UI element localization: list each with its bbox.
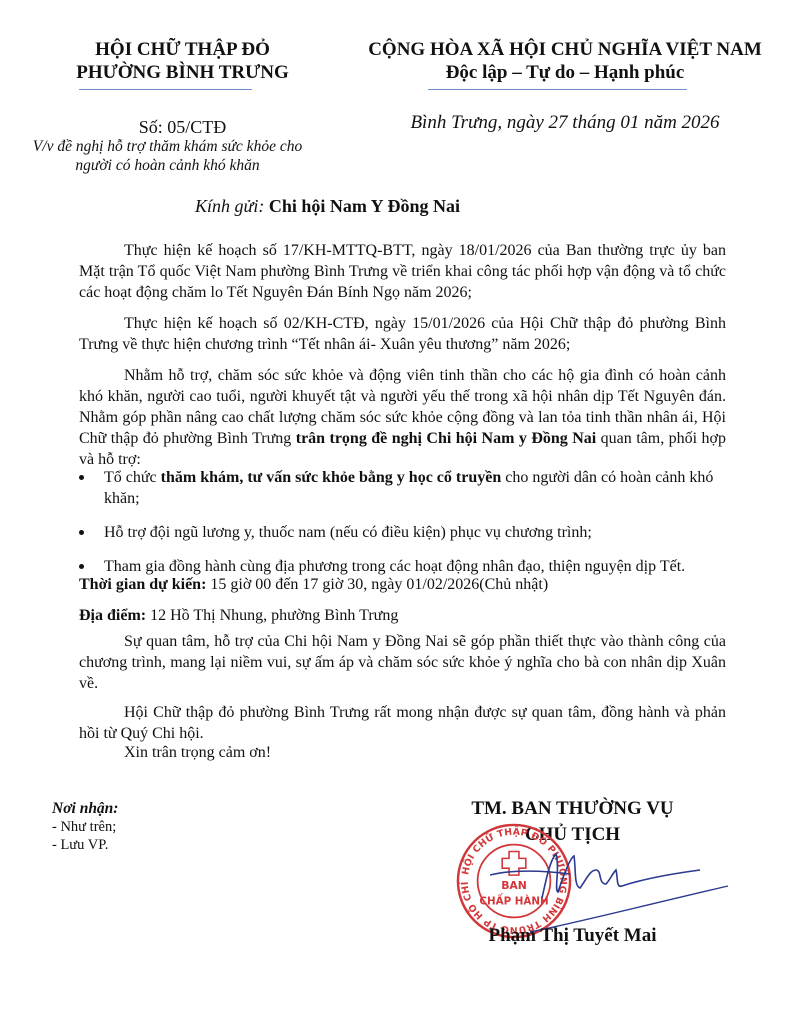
paragraph-hope: Hội Chữ thập đỏ phường Bình Trưng rất mo… — [79, 702, 726, 744]
location-label: Địa điểm: — [79, 607, 146, 624]
organization-line2: PHƯỜNG BÌNH TRƯNG — [30, 61, 335, 84]
document-number: Số: 05/CTĐ — [30, 117, 335, 138]
recipient-item: - Như trên; — [52, 818, 118, 836]
paragraph-purpose: Nhằm hỗ trợ, chăm sóc sức khỏe và động v… — [79, 365, 726, 470]
list-item: Hỗ trợ đội ngũ lương y, thuốc nam (nếu c… — [79, 522, 726, 543]
signer-name: Phạm Thị Tuyết Mai — [445, 925, 700, 947]
nation-motto: Độc lập – Tự do – Hạnh phúc — [340, 61, 790, 84]
addressee: Kính gửi: Chi hội Nam Y Đồng Nai — [195, 196, 460, 217]
place-date: Bình Trưng, ngày 27 tháng 01 năm 2026 — [340, 112, 790, 134]
addressee-name: Chi hội Nam Y Đồng Nai — [269, 196, 460, 216]
paragraph-plan-2: Thực hiện kế hoạch số 02/KH-CTĐ, ngày 15… — [79, 313, 726, 355]
paragraph-3-text: Nhằm hỗ trợ, chăm sóc sức khỏe và động v… — [79, 365, 726, 470]
location-line: Địa điểm: 12 Hồ Thị Nhung, phường Bình T… — [79, 605, 398, 626]
bullet-icon — [79, 564, 84, 569]
subject-line1: V/v đề nghị hỗ trợ thăm khám sức khỏe ch… — [0, 137, 335, 156]
bullet-1-before: Tổ chức — [104, 469, 161, 486]
location-value: 12 Hồ Thị Nhung, phường Bình Trưng — [146, 607, 398, 624]
recipient-item: - Lưu VP. — [52, 836, 118, 854]
paragraph-plan-1: Thực hiện kế hoạch số 17/KH-MTTQ-BTT, ng… — [79, 240, 726, 303]
addressee-label: Kính gửi: — [195, 196, 264, 216]
recipients-block: Nơi nhận: - Như trên; - Lưu VP. — [52, 800, 118, 854]
bullet-3-text: Tham gia đồng hành cùng địa phương trong… — [104, 558, 685, 575]
paragraph-4-text: Sự quan tâm, hỗ trợ của Chi hội Nam y Đồ… — [79, 631, 726, 694]
organization-name: HỘI CHỮ THẬP ĐỎ PHƯỜNG BÌNH TRƯNG — [30, 38, 335, 84]
schedule-label: Thời gian dự kiến: — [79, 576, 206, 593]
paragraph-2-text: Thực hiện kế hoạch số 02/KH-CTĐ, ngày 15… — [79, 313, 726, 355]
bullet-1-bold: thăm khám, tư vấn sức khỏe bằng y học cổ… — [161, 469, 502, 486]
support-request-list: Tổ chức thăm khám, tư vấn sức khỏe bằng … — [79, 467, 726, 590]
paragraph-impact: Sự quan tâm, hỗ trợ của Chi hội Nam y Đồ… — [79, 631, 726, 694]
document-subject: V/v đề nghị hỗ trợ thăm khám sức khỏe ch… — [0, 137, 335, 175]
subject-line2: người có hoàn cảnh khó khăn — [0, 156, 335, 175]
closing-line: Xin trân trọng cảm ơn! — [79, 742, 726, 763]
paragraph-3-bold: trân trọng đề nghị Chi hội Nam y Đồng Na… — [296, 430, 596, 447]
national-header: CỘNG HÒA XÃ HỘI CHỦ NGHĨA VIỆT NAM Độc l… — [340, 38, 790, 84]
nation-name: CỘNG HÒA XÃ HỘI CHỦ NGHĨA VIỆT NAM — [340, 38, 790, 61]
list-item: Tổ chức thăm khám, tư vấn sức khỏe bằng … — [79, 467, 726, 509]
bullet-2-text: Hỗ trợ đội ngũ lương y, thuốc nam (nếu c… — [104, 524, 592, 541]
bullet-icon — [79, 475, 84, 480]
recipients-label: Nơi nhận: — [52, 800, 118, 818]
schedule-value: 15 giờ 00 đến 17 giờ 30, ngày 01/02/2026… — [206, 576, 548, 593]
organization-underline — [79, 89, 252, 90]
signer-title-line1: TM. BAN THƯỜNG VỤ — [445, 796, 700, 822]
bullet-icon — [79, 530, 84, 535]
paragraph-1-text: Thực hiện kế hoạch số 17/KH-MTTQ-BTT, ng… — [79, 240, 726, 303]
paragraph-5-text: Hội Chữ thập đỏ phường Bình Trưng rất mo… — [79, 702, 726, 744]
closing-text: Xin trân trọng cảm ơn! — [79, 742, 726, 763]
motto-underline — [428, 89, 687, 90]
organization-line1: HỘI CHỮ THẬP ĐỎ — [30, 38, 335, 61]
schedule-line: Thời gian dự kiến: 15 giờ 00 đến 17 giờ … — [79, 574, 548, 595]
